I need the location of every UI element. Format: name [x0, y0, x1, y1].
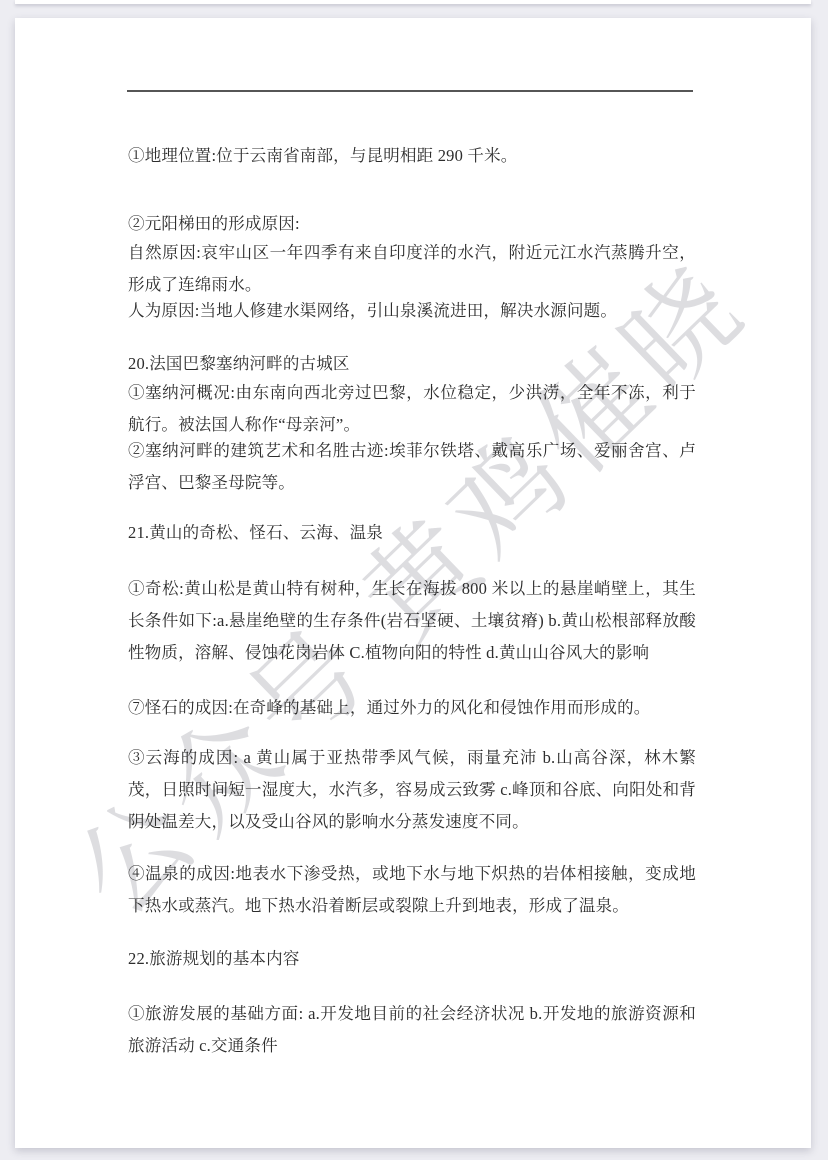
- paragraph-seine-overview: ①塞纳河概况:由东南向西北旁过巴黎，水位稳定，少洪涝，全年不冻，利于航行。被法国…: [128, 377, 696, 441]
- paragraph-terrace-causes-heading: ②元阳梯田的形成原因:: [128, 208, 696, 240]
- paragraph-human-causes: 人为原因:当地人修建水渠网络，引山泉溪流进田，解决水源问题。: [128, 295, 696, 327]
- paragraph-natural-causes: 自然原因:哀牢山区一年四季有来自印度洋的水汽，附近元江水汽蒸腾升空，形成了连绵雨…: [128, 237, 696, 301]
- header-separator-rule: [127, 90, 693, 92]
- section-title-21-huangshan: 21.黄山的奇松、怪石、云海、温泉: [128, 517, 696, 549]
- previous-page-bottom-edge: [15, 0, 811, 4]
- paragraph-sea-of-clouds: ③云海的成因: a 黄山属于亚热带季风气候，雨量充沛 b.山高谷深，林木繁茂，日…: [128, 742, 696, 838]
- paragraph-seine-landmarks: ②塞纳河畔的建筑艺术和名胜古迹:埃菲尔铁塔、戴高乐广场、爱丽舍宫、卢浮宫、巴黎圣…: [128, 435, 696, 499]
- paragraph-strange-rocks: ⑦怪石的成因:在奇峰的基础上，通过外力的风化和侵蚀作用而形成的。: [128, 692, 696, 724]
- section-title-22-tourism-planning: 22.旅游规划的基本内容: [128, 943, 696, 975]
- section-title-20-paris-seine: 20.法国巴黎塞纳河畔的古城区: [128, 348, 696, 380]
- document-page: 公众号 黄鸡催晓 ①地理位置:位于云南省南部，与昆明相距 290 千米。 ②元阳…: [15, 18, 811, 1148]
- paragraph-pines: ①奇松:黄山松是黄山特有树种，生长在海拔 800 米以上的悬崖峭壁上，其生长条件…: [128, 573, 696, 669]
- paragraph-hot-springs: ④温泉的成因:地表水下渗受热，或地下水与地下炽热的岩体相接触，变成地下热水或蒸汽…: [128, 858, 696, 922]
- paragraph-tourism-basics: ①旅游发展的基础方面: a.开发地目前的社会经济状况 b.开发地的旅游资源和旅游…: [128, 998, 696, 1062]
- paragraph-geographic-location: ①地理位置:位于云南省南部，与昆明相距 290 千米。: [128, 140, 696, 172]
- document-viewer-canvas: { "page": { "canvas_background": "#ededf…: [0, 0, 828, 1160]
